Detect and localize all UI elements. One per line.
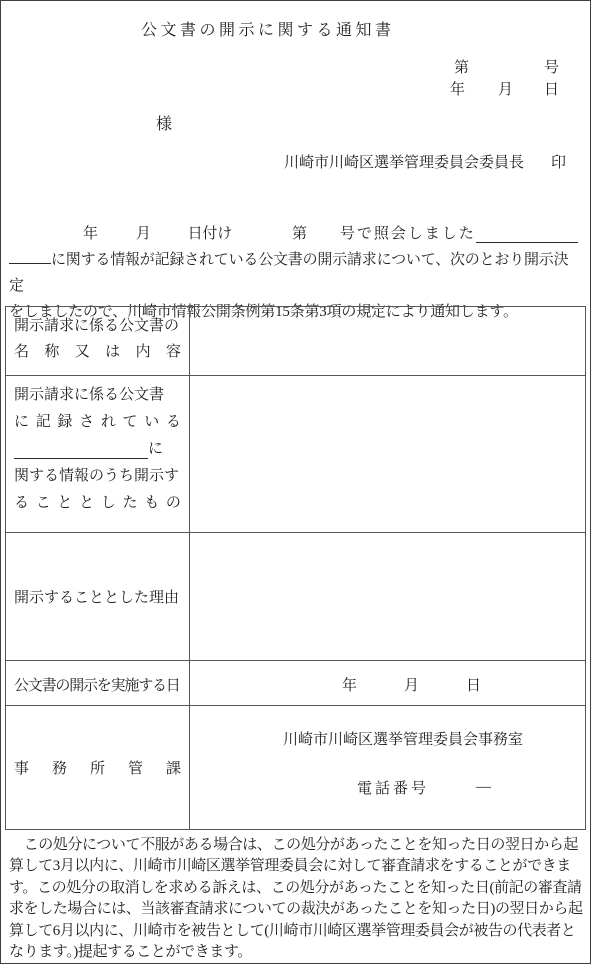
appeal-note: この処分について不服がある場合は、この処分があったことを知った日の翌日から起 算… [9,835,581,963]
appeal-note-line: この処分について不服がある場合は、この処分があったことを知った日の翌日から起 [9,835,581,856]
row-label-line: 公文書の開示を実施する日 [14,674,181,695]
intro-month-label: 月 [136,221,151,247]
office-name: 川崎市川崎区選挙管理委員会事務室 [283,728,585,749]
disclosure-date-value: 年月日 [190,661,585,695]
row-label-line: 名称又は内容 [14,339,181,365]
intro-day-label: 日付け [188,221,232,247]
addressee-honorific: 様 [156,111,172,134]
row-value-disclosure-date: 年月日 [190,661,585,705]
notice-document-page: 公文書の開示に関する通知書 第 号 年 月 日 様 川崎市川崎区選挙管理委員会委… [0,0,591,964]
doc-number-prefix: 第 [454,57,469,79]
row-label-disclosed-portion: 開示請求に係る公文書 に記録されている に 関する情報のうち開示す ることとした… [6,376,190,532]
row-label-document-name: 開示請求に係る公文書の 名称又は内容 [6,307,190,375]
row-label-line: に [14,436,181,463]
appeal-note-line: 算して3月以内に、川崎市川崎区選挙管理委員会に対して審査請求をすることができま [9,856,581,877]
row-label-disclosure-date: 公文書の開示を実施する日 [6,661,190,705]
seal-mark: 印 [551,151,566,172]
row-value-disclosure-reason [190,533,585,660]
row-label-line: 関する情報のうち開示す [14,463,181,490]
table-row-disclosure-reason: 開示することとした理由 [6,532,585,660]
phone-label: 電話番号 [357,777,429,798]
appeal-note-line: す。この処分の取消しを求める訴えは、この処分があったことを知った日(前記の審査請 [9,878,581,899]
row-value-office-in-charge: 川崎市川崎区選挙管理委員会事務室 電話番号 ― [190,706,585,829]
row-label-disclosure-reason: 開示することとした理由 [6,533,190,660]
appeal-note-line: 求をした場合には、当該審査請求についての裁決があったことを知った日)の翌日から起 [9,899,581,920]
intro-number-suffix: 号で照会しました [340,221,476,247]
intro-number-prefix: 第 [292,221,307,247]
doc-number-blank [469,57,544,79]
phone-line: 電話番号 ― [357,777,585,798]
row-value-disclosed-portion [190,376,585,532]
row-label-line: に記録されている [14,409,181,436]
appeal-note-line: 算して6月以内に、川崎市を被告として(川崎市川崎区選挙管理委員会が被告の代表者と [9,921,581,942]
row-label-office-in-charge: 事務所管課 [6,706,190,829]
row-label-line: 事務所管課 [14,757,181,778]
appeal-note-line: なります。)提起することができます。 [9,942,581,963]
table-row-document-name: 開示請求に係る公文書の 名称又は内容 [6,307,585,375]
doc-number-date-block: 第 号 年 月 日 [450,57,559,101]
phone-dash: ― [476,779,491,796]
date-month-blank [513,79,544,101]
notice-title: 公文書の開示に関する通知書 [141,17,395,40]
row-label-line: ることとしたもの [14,490,181,517]
doc-number-line: 第 号 [450,57,559,79]
label-blank-tail: に [148,436,163,463]
issuer-name: 川崎市川崎区選挙管理委員会委員長 [284,151,524,172]
table-row-disclosure-date: 公文書の開示を実施する日 年月日 [6,660,585,705]
issuer-seal-gap [524,151,551,172]
date-year-label: 年 [450,79,465,101]
row-label-line: 開示することとした理由 [14,586,179,607]
issuer-line: 川崎市川崎区選挙管理委員会委員長 印 [284,151,566,172]
date-month-label: 月 [498,79,513,101]
row-value-document-name [190,307,585,375]
date-day-label: 日 [544,79,559,101]
intro-line-2-text: に関する情報が記録されている公文書の開示請求について、次のとおり開示決定 [9,252,568,294]
date-year-blank [465,79,498,101]
notice-table: 開示請求に係る公文書の 名称又は内容 開示請求に係る公文書 に記録されている に… [5,306,586,830]
intro-year-label: 年 [83,221,98,247]
value-month-label: 月 [404,678,419,694]
table-row-disclosed-portion: 開示請求に係る公文書 に記録されている に 関する情報のうち開示す ることとした… [6,375,585,532]
table-row-office-in-charge: 事務所管課 川崎市川崎区選挙管理委員会事務室 電話番号 ― [6,705,585,829]
intro-blank-underline-2 [9,263,51,264]
row-label-line: 開示請求に係る公文書 [14,382,181,409]
value-year-label: 年 [342,678,357,694]
row-label-line: 開示請求に係る公文書の [14,313,181,339]
value-day-label: 日 [466,678,481,694]
intro-blank-underline-1 [476,242,578,243]
doc-number-suffix: 号 [544,57,559,79]
intro-line-2: に関する情報が記録されている公文書の開示請求について、次のとおり開示決定 [9,247,578,299]
intro-line-1: 年 月 日付け 第 号で照会しました [9,221,578,247]
label-blank-underline [14,458,148,459]
doc-date-line: 年 月 日 [450,79,559,101]
